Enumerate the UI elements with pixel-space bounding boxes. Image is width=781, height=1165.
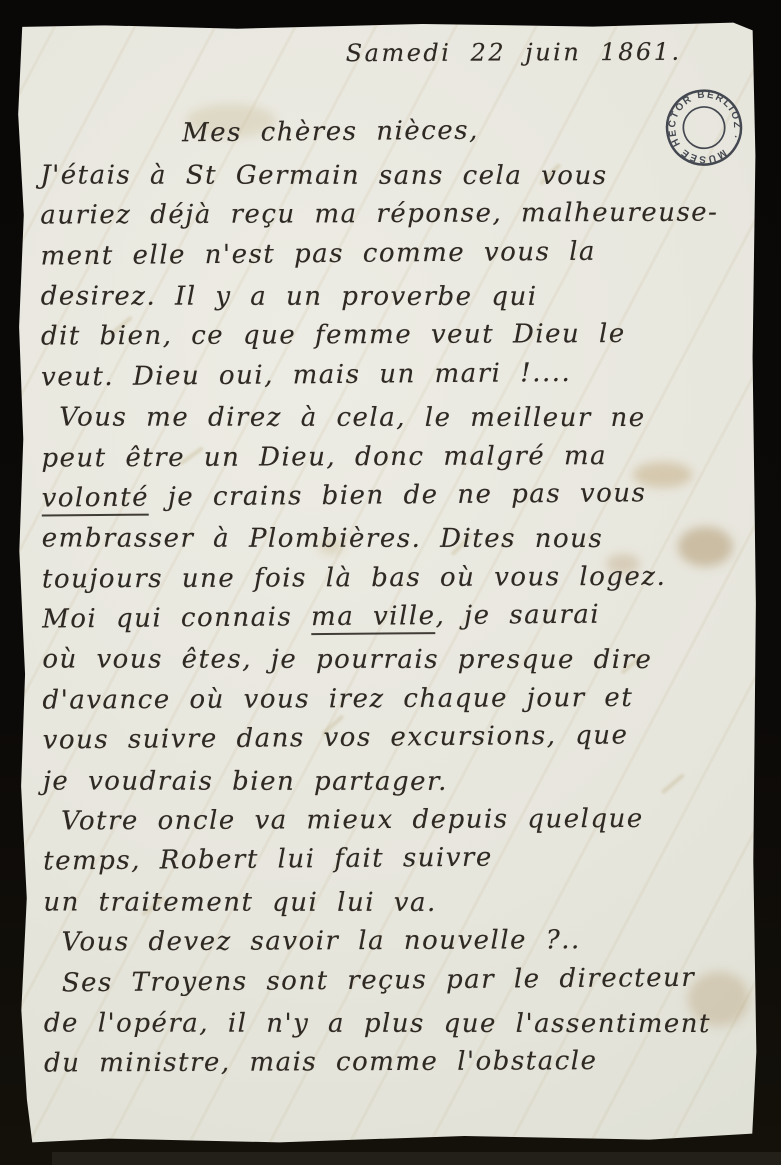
letter-line: Moi qui connais ma ville, je saurai [42,593,750,640]
letter-line: je voudrais bien partager. [43,761,751,802]
letter-page: Samedi 22 juin 1861.Mes chères nièces,J'… [16,21,761,1144]
letter-line: veut. Dieu oui, mais un mari !.... [41,351,749,398]
round-stamp-icon: MUSÉE HECTOR BERLIOZ · [656,79,752,175]
stamp-ring-text: MUSÉE HECTOR BERLIOZ · [660,82,750,171]
letter-line: auriez déjà reçu ma réponse, malheureuse… [40,193,748,236]
salutation-line: Mes chères nièces, [40,109,748,156]
letter-line: un traitement qui lui va. [43,882,751,923]
letter-scan: Samedi 22 juin 1861.Mes chères nièces,J'… [0,0,781,1165]
scan-bottom-strip [52,1152,781,1165]
letter-line: d'avance où vous irez chaque jour et [42,677,750,720]
letter-body: Samedi 22 juin 1861.Mes chères nièces,J'… [40,31,753,1084]
letter-line: Vous devez savoir la nouvelle ?.. [43,920,751,963]
letter-line: volonté je crains bien de ne pas vous [41,472,749,519]
letter-line: desirez. Il y a un proverbe qui [41,276,749,317]
letter-line: J'étais à St Germain sans cela vous [40,155,748,196]
musee-hector-berlioz-stamp: MUSÉE HECTOR BERLIOZ · [656,79,752,175]
underlined-word: volonté [41,482,149,516]
letter-line: vous suivre dans vos excursions, que [43,715,751,762]
letter-line: dit bien, ce que femme veut Dieu le [41,314,749,357]
svg-text:MUSÉE HECTOR BERLIOZ ·: MUSÉE HECTOR BERLIOZ · [660,82,750,171]
letter-line: Vous me direz à cela, le meilleur ne [41,398,749,439]
letter-line: temps, Robert lui fait suivre [43,836,751,883]
underlined-word: ma ville [311,601,436,635]
letter-line: toujours une fois là bas où vous logez. [42,556,750,599]
letter-line: peut être un Dieu, donc malgré ma [41,435,749,478]
letter-line: ment elle n'est pas comme vous la [40,230,748,277]
date-line: Samedi 22 juin 1861. [40,31,748,74]
letter-line: de l'opéra, il n'y a plus que l'assentim… [44,1003,752,1044]
letter-line: où vous êtes, je pourrais presque dire [42,640,750,681]
letter-line: du ministre, mais comme l'obstacle [44,1041,752,1084]
letter-line: embrasser à Plombières. Dites nous [42,519,750,560]
letter-line: Ses Troyens sont reçus par le directeur [44,957,752,1004]
